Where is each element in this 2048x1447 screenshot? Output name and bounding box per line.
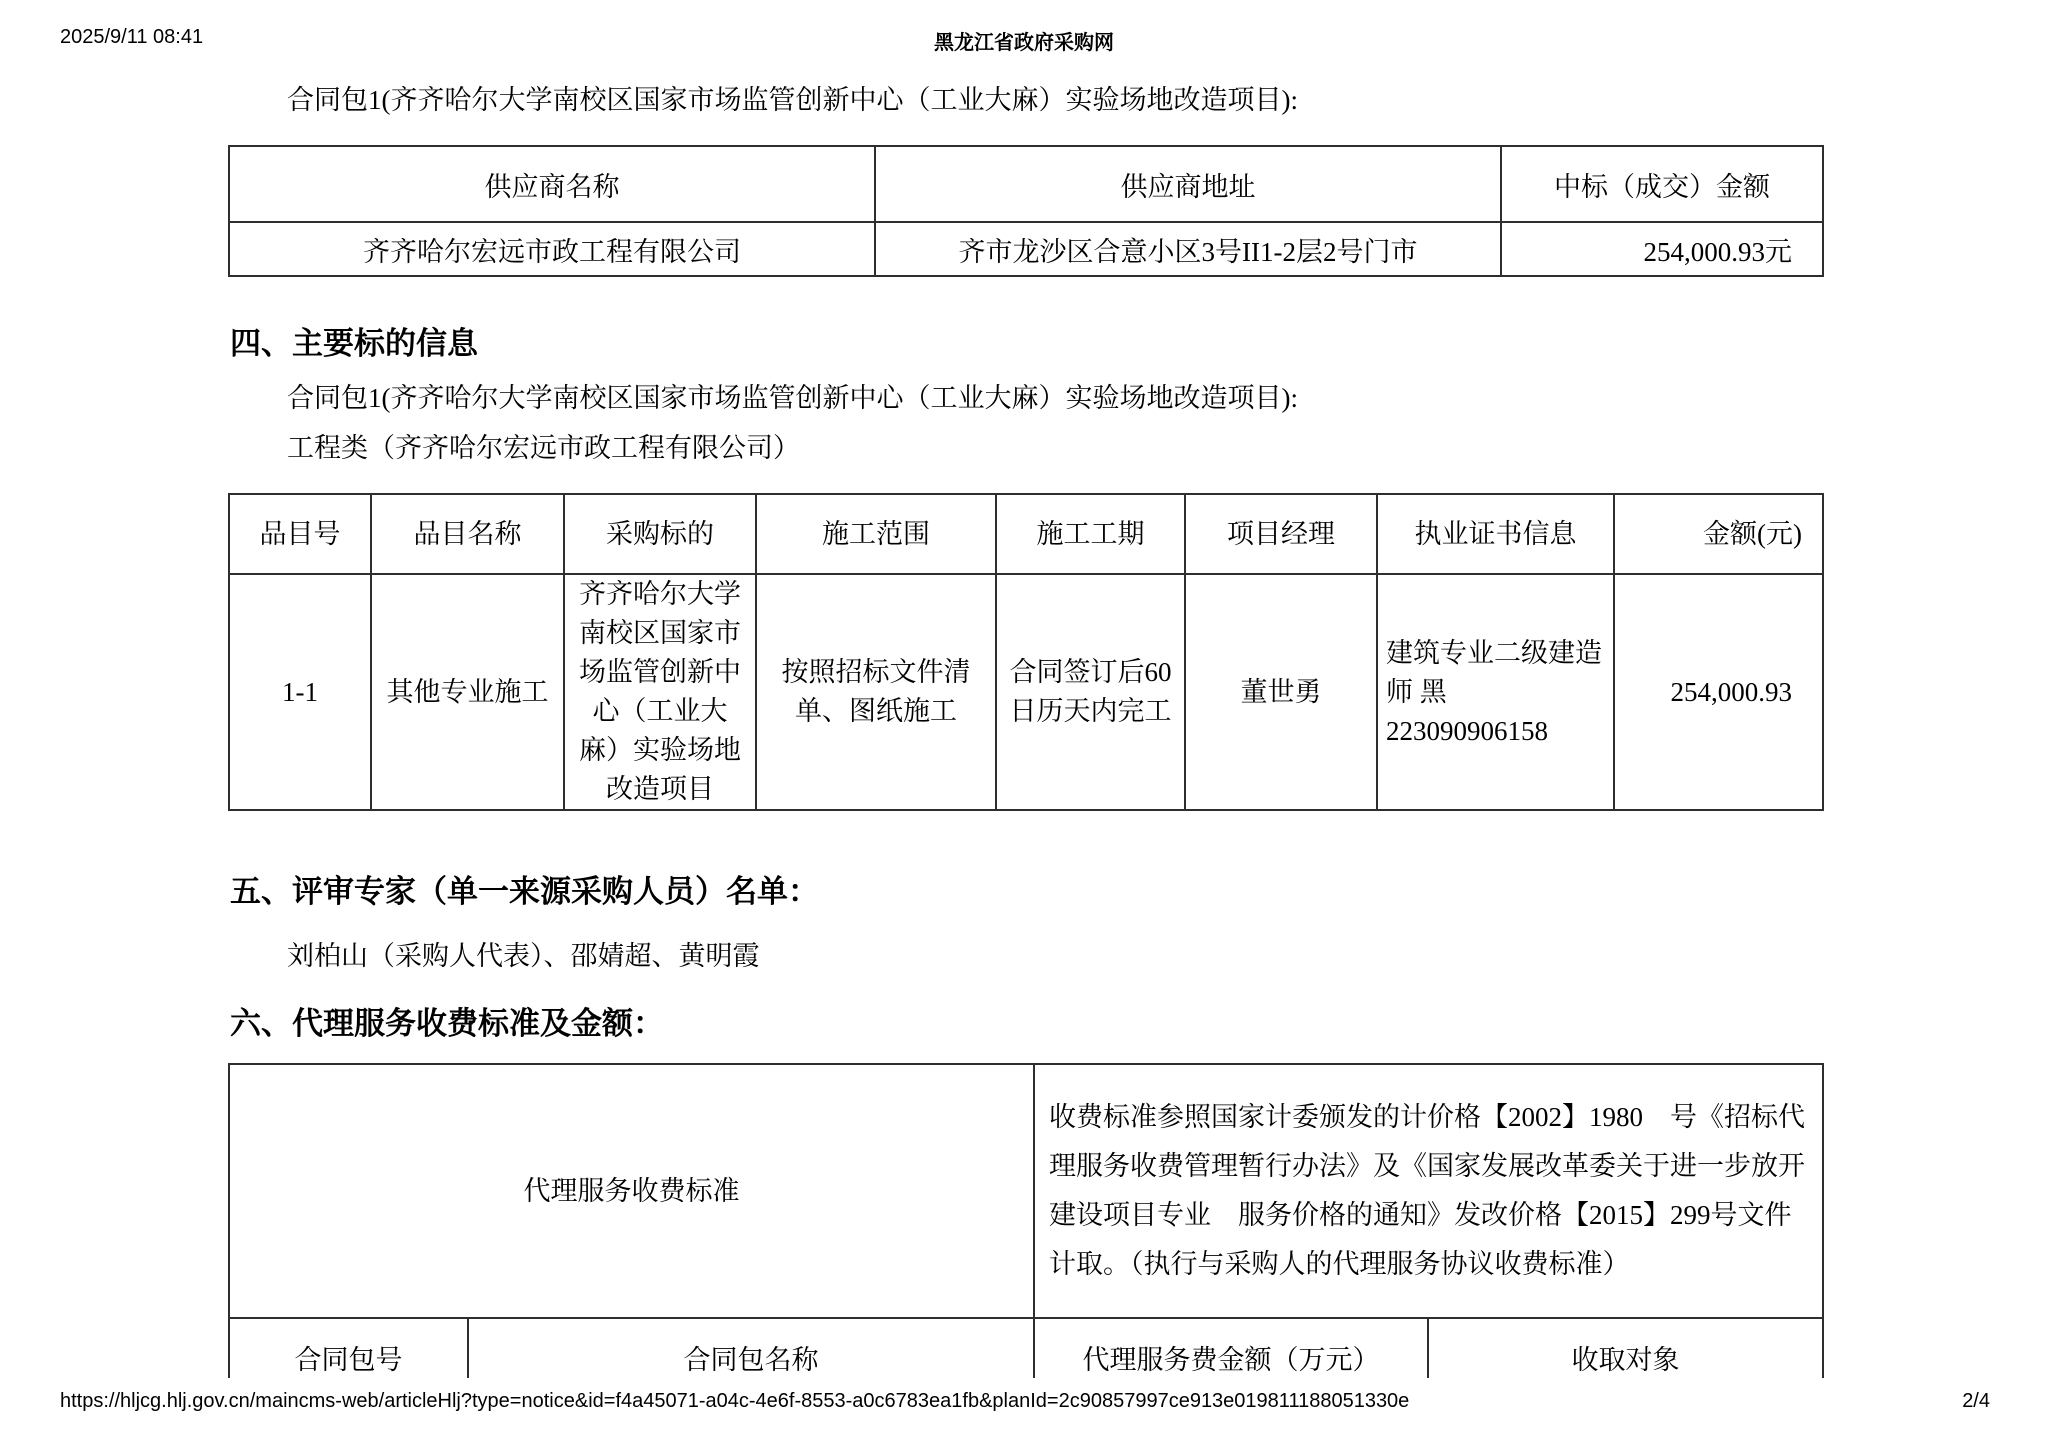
certificate-header: 执业证书信息: [1377, 494, 1614, 574]
section4-contract-line: 合同包1(齐齐哈尔大学南校区国家市场监管创新中心（工业大麻）实验场地改造项目):: [287, 382, 1298, 414]
amount-cell: 254,000.93: [1614, 574, 1823, 810]
manager-header: 项目经理: [1185, 494, 1377, 574]
award-amount-header: 中标（成交）金额: [1501, 146, 1823, 222]
section4-heading: 四、主要标的信息: [230, 318, 478, 363]
contract-package-name-header: 合同包名称: [468, 1318, 1034, 1378]
duration-cell: 合同签订后60日历天内完工: [996, 574, 1185, 810]
duration-header: 施工工期: [996, 494, 1185, 574]
scope-cell: 按照招标文件清单、图纸施工: [756, 574, 996, 810]
agency-standard-label: 代理服务收费标准: [229, 1064, 1034, 1318]
bid-info-table: 品目号 品目名称 采购标的 施工范围 施工工期 项目经理 执业证书信息 金额(元…: [228, 493, 1824, 811]
agency-fee-amount-header: 代理服务费金额（万元）: [1034, 1318, 1428, 1378]
document-page: 2025/9/11 08:41 黑龙江省政府采购网 合同包1(齐齐哈尔大学南校区…: [0, 0, 2048, 1447]
item-name-cell: 其他专业施工: [371, 574, 564, 810]
manager-cell: 董世勇: [1185, 574, 1377, 810]
footer-url: https://hljcg.hlj.gov.cn/maincms-web/art…: [60, 1390, 1409, 1413]
item-no-header: 品目号: [229, 494, 371, 574]
section4-category-line: 工程类（齐齐哈尔宏远市政工程有限公司）: [287, 432, 800, 464]
supplier-name-cell: 齐齐哈尔宏远市政工程有限公司: [229, 222, 875, 276]
agency-standard-text: 收费标准参照国家计委颁发的计价格【2002】1980 号《招标代理服务收费管理暂…: [1034, 1064, 1823, 1318]
supplier-address-cell: 齐市龙沙区合意小区3号II1-2层2号门市: [875, 222, 1501, 276]
fee-payer-header: 收取对象: [1428, 1318, 1823, 1378]
contract-package-no-header: 合同包号: [229, 1318, 468, 1378]
target-cell: 齐齐哈尔大学南校区国家市场监管创新中心（工业大麻）实验场地改造项目: [564, 574, 756, 810]
supplier-name-header: 供应商名称: [229, 146, 875, 222]
page-number: 2/4: [1962, 1390, 1990, 1413]
expert-names-line: 刘柏山（采购人代表）、邵婧超、黄明霞: [287, 940, 760, 972]
supplier-table-row: 齐齐哈尔宏远市政工程有限公司 齐市龙沙区合意小区3号II1-2层2号门市 254…: [229, 222, 1823, 276]
supplier-address-header: 供应商地址: [875, 146, 1501, 222]
supplier-table-header-row: 供应商名称 供应商地址 中标（成交）金额: [229, 146, 1823, 222]
certificate-cell: 建筑专业二级建造师 黑223090906158: [1377, 574, 1614, 810]
amount-header: 金额(元): [1614, 494, 1823, 574]
scope-header: 施工范围: [756, 494, 996, 574]
contract-package-line: 合同包1(齐齐哈尔大学南校区国家市场监管创新中心（工业大麻）实验场地改造项目):: [287, 84, 1298, 116]
bid-table-row: 1-1 其他专业施工 齐齐哈尔大学南校区国家市场监管创新中心（工业大麻）实验场地…: [229, 574, 1823, 810]
item-name-header: 品目名称: [371, 494, 564, 574]
agency-table-header-row: 合同包号 合同包名称 代理服务费金额（万元） 收取对象: [229, 1318, 1823, 1378]
section6-heading: 六、代理服务收费标准及金额：: [230, 998, 664, 1043]
target-header: 采购标的: [564, 494, 756, 574]
supplier-table: 供应商名称 供应商地址 中标（成交）金额 齐齐哈尔宏远市政工程有限公司 齐市龙沙…: [228, 145, 1824, 277]
section5-heading: 五、评审专家（单一来源采购人员）名单：: [230, 866, 819, 911]
award-amount-cell: 254,000.93元: [1501, 222, 1823, 276]
agency-standard-row: 代理服务收费标准 收费标准参照国家计委颁发的计价格【2002】1980 号《招标…: [229, 1064, 1823, 1318]
item-no-cell: 1-1: [229, 574, 371, 810]
bid-table-header-row: 品目号 品目名称 采购标的 施工范围 施工工期 项目经理 执业证书信息 金额(元…: [229, 494, 1823, 574]
agency-fee-table: 代理服务收费标准 收费标准参照国家计委颁发的计价格【2002】1980 号《招标…: [228, 1063, 1824, 1378]
document-title: 黑龙江省政府采购网: [0, 26, 2048, 55]
